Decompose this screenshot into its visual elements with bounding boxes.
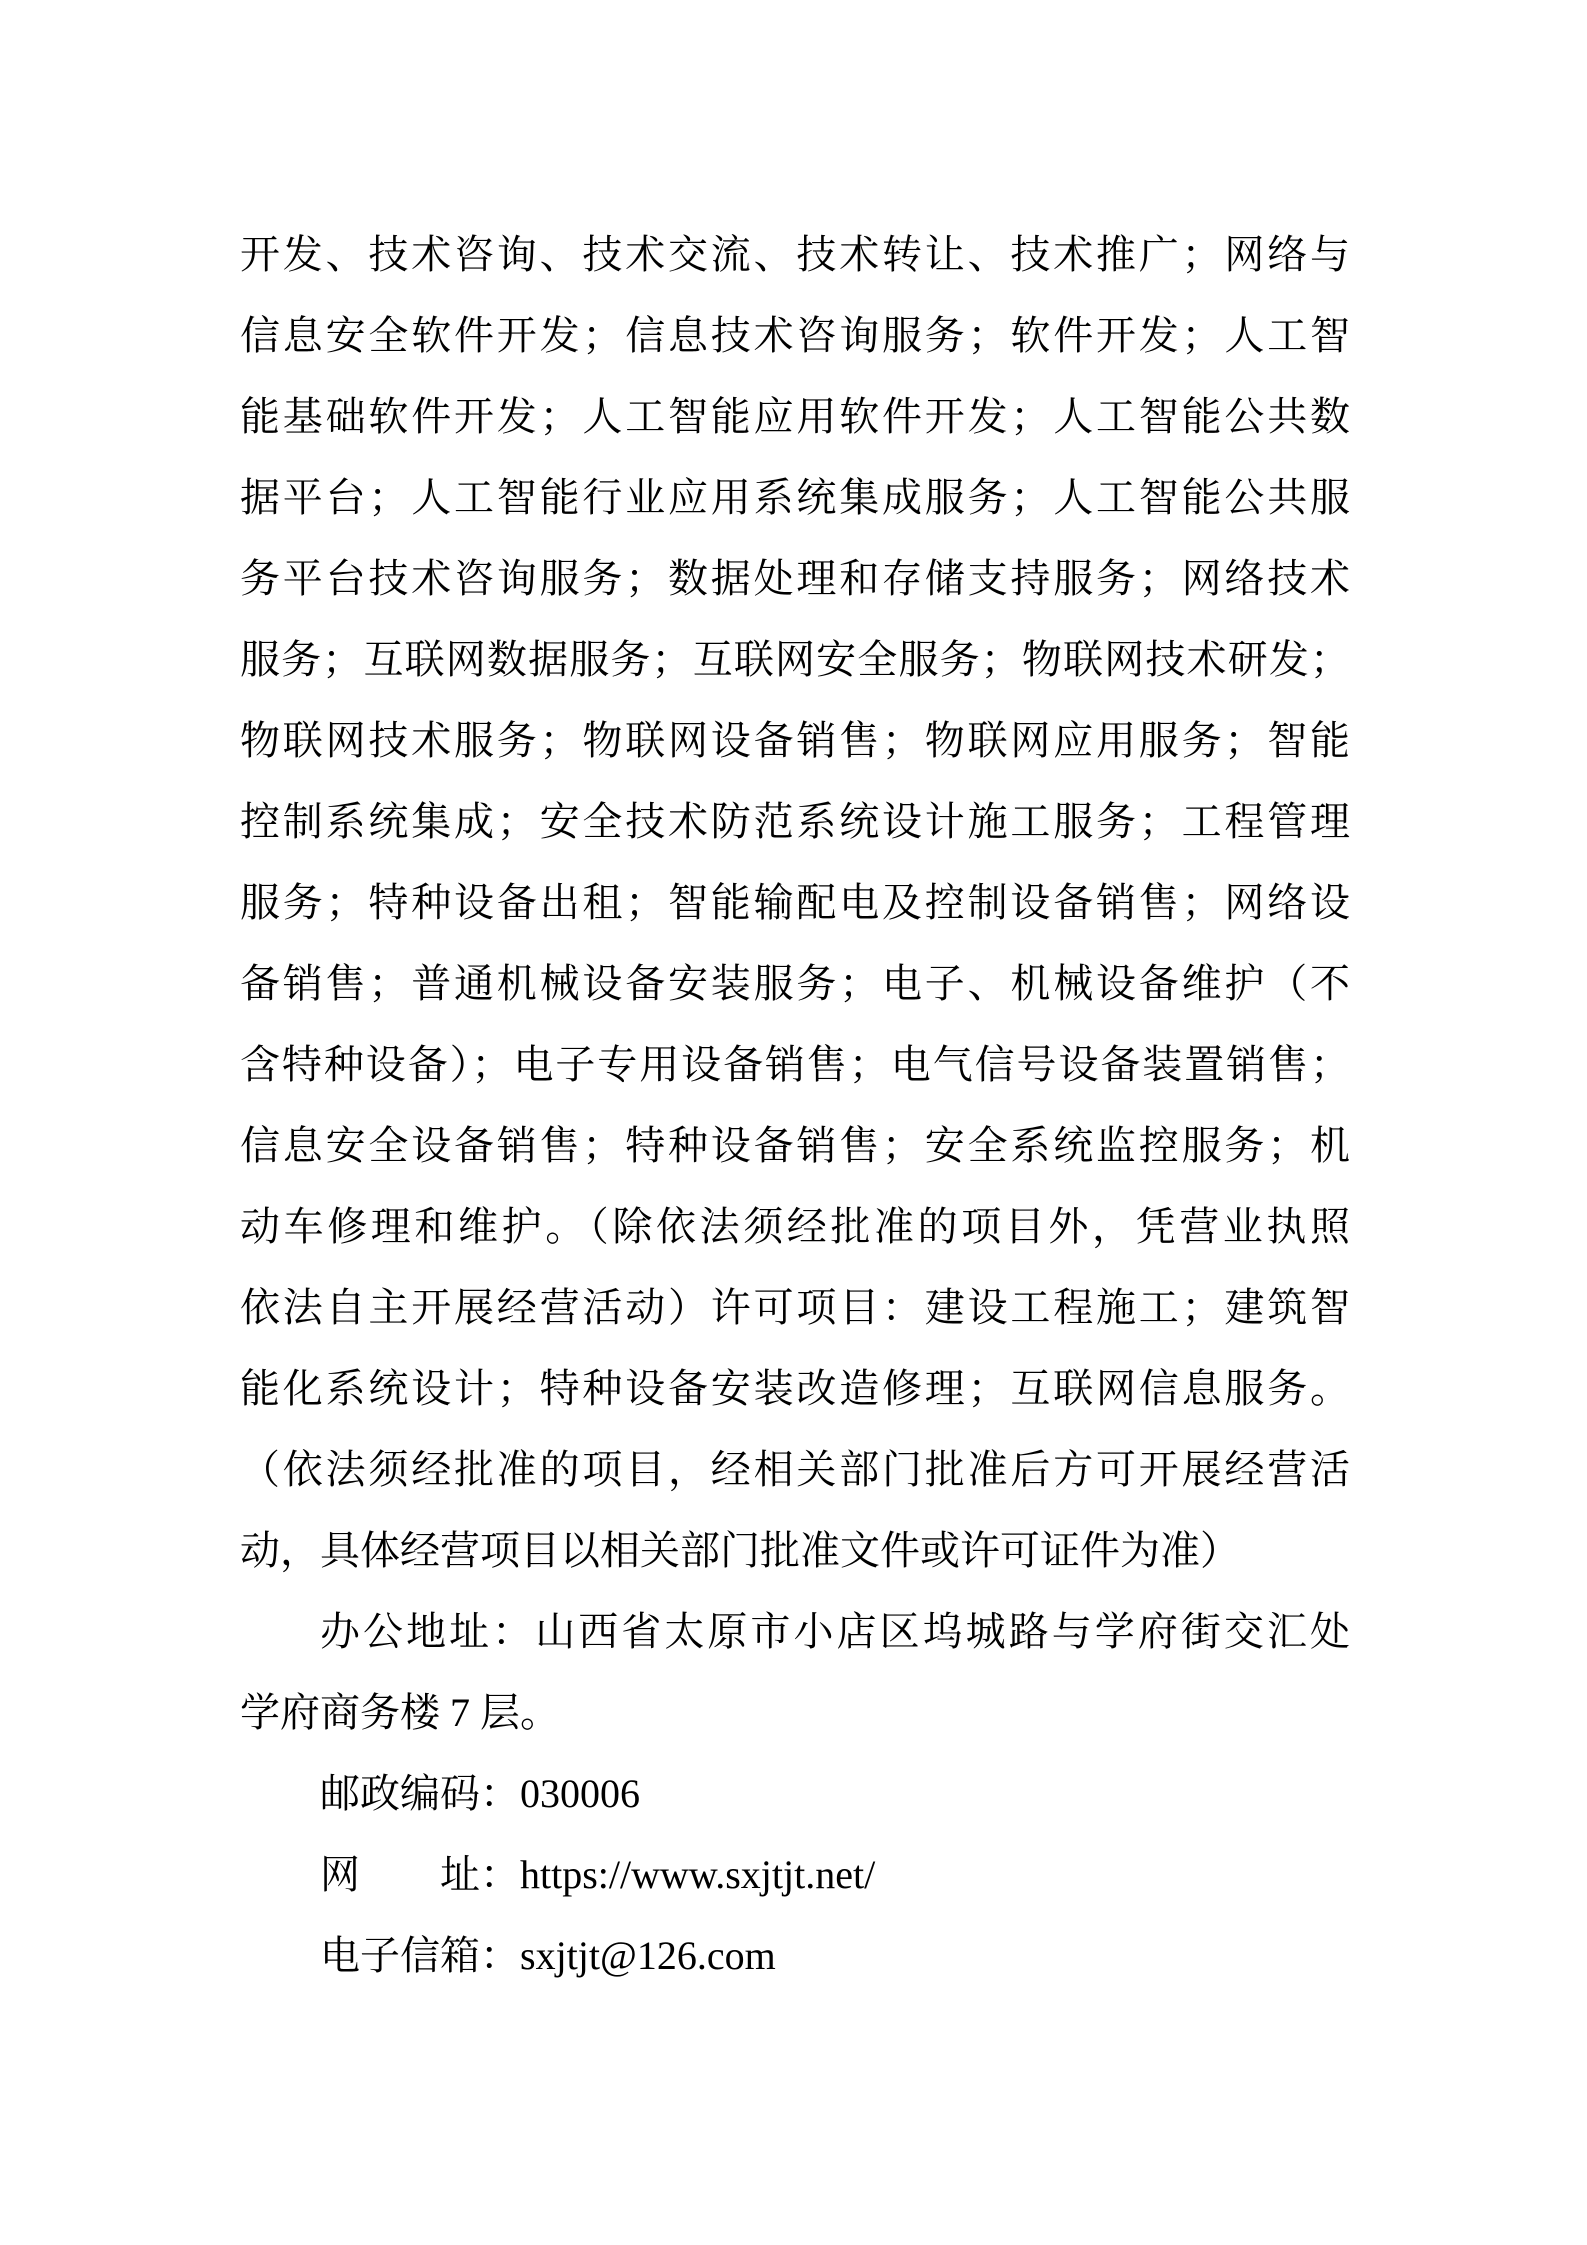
business-scope-line: 务平台技术咨询服务；数据处理和存储支持服务；网络技术 — [240, 538, 1350, 619]
website-line: 网 址：https://www.sxjtjt.net/ — [240, 1834, 1350, 1915]
business-scope-line: 控制系统集成；安全技术防范系统设计施工服务；工程管理 — [240, 781, 1350, 862]
business-scope-line: 依法自主开展经营活动）许可项目：建设工程施工；建筑智 — [240, 1267, 1350, 1348]
document-body: 开发、技术咨询、技术交流、技术转让、技术推广；网络与信息安全软件开发；信息技术咨… — [240, 214, 1350, 1996]
business-scope-line: （依法须经批准的项目，经相关部门批准后方可开展经营活 — [240, 1429, 1350, 1510]
business-scope-line: 信息安全软件开发；信息技术咨询服务；软件开发；人工智 — [240, 295, 1350, 376]
business-scope-paragraph: 开发、技术咨询、技术交流、技术转让、技术推广；网络与信息安全软件开发；信息技术咨… — [240, 214, 1350, 1591]
business-scope-line: 服务；特种设备出租；智能输配电及控制设备销售；网络设 — [240, 862, 1350, 943]
business-scope-line: 物联网技术服务；物联网设备销售；物联网应用服务；智能 — [240, 700, 1350, 781]
postal-code-line: 邮政编码：030006 — [240, 1753, 1350, 1834]
office-address-line: 办公地址：山西省太原市小店区坞城路与学府街交汇处 — [240, 1591, 1350, 1672]
business-scope-line: 开发、技术咨询、技术交流、技术转让、技术推广；网络与 — [240, 214, 1350, 295]
business-scope-line: 信息安全设备销售；特种设备销售；安全系统监控服务；机 — [240, 1105, 1350, 1186]
business-scope-line: 含特种设备）；电子专用设备销售；电气信号设备装置销售； — [240, 1024, 1350, 1105]
business-scope-line: 能基础软件开发；人工智能应用软件开发；人工智能公共数 — [240, 376, 1350, 457]
business-scope-line: 动，具体经营项目以相关部门批准文件或许可证件为准） — [240, 1510, 1350, 1591]
email-line: 电子信箱：sxjtjt@126.com — [240, 1915, 1350, 1996]
document-page: 开发、技术咨询、技术交流、技术转让、技术推广；网络与信息安全软件开发；信息技术咨… — [0, 0, 1587, 2245]
business-scope-line: 备销售；普通机械设备安装服务；电子、机械设备维护（不 — [240, 943, 1350, 1024]
business-scope-line: 动车修理和维护。（除依法须经批准的项目外，凭营业执照 — [240, 1186, 1350, 1267]
business-scope-line: 能化系统设计；特种设备安装改造修理；互联网信息服务。 — [240, 1348, 1350, 1429]
office-address-continuation: 学府商务楼 7 层。 — [240, 1672, 1350, 1753]
business-scope-line: 服务；互联网数据服务；互联网安全服务；物联网技术研发； — [240, 619, 1350, 700]
business-scope-line: 据平台；人工智能行业应用系统集成服务；人工智能公共服 — [240, 457, 1350, 538]
